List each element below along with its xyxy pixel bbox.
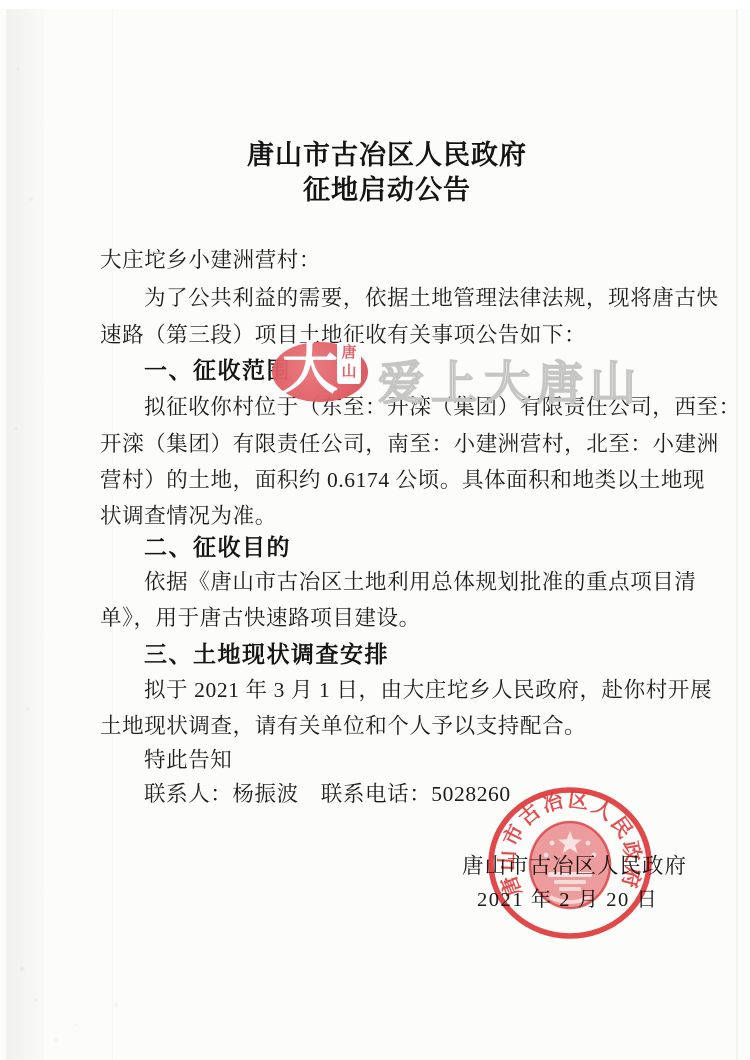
scan-top-strip bbox=[0, 0, 750, 9]
document-title-line1: 唐山市古冶区人民政府 bbox=[12, 133, 750, 172]
section-heading-2: 二、征收目的 bbox=[144, 532, 291, 562]
scan-noise-corner bbox=[6, 980, 186, 1055]
logo-da-char: 大 bbox=[282, 336, 338, 402]
body-line: 为了公共利益的需要，依据土地管理法律法规，现将唐古快 bbox=[144, 283, 719, 313]
logo-tangshan-tag: 唐山 bbox=[337, 342, 361, 384]
closing-line: 特此告知 bbox=[144, 745, 232, 775]
body-line: 土地现状调查，请有关单位和个人予以支持配合。 bbox=[100, 711, 586, 741]
body-line: 开滦（集团）有限责任公司，南至：小建洲营村，北至：小建洲 bbox=[100, 429, 719, 459]
section-heading-1: 一、征收范围 bbox=[144, 355, 291, 385]
document-title-line2: 征地启动公告 bbox=[12, 168, 750, 207]
national-emblem-icon bbox=[530, 822, 610, 908]
watermark-slogan: 爱上大唐山 bbox=[378, 347, 643, 413]
body-line: 营村）的土地，面积约 0.6174 公顷。具体面积和地类以土地现 bbox=[100, 465, 705, 495]
contact-line: 联系人：杨振波 联系电话：5028260 bbox=[144, 779, 511, 809]
salutation-line: 大庄坨乡小建洲营村： bbox=[100, 245, 321, 275]
official-seal-stamp: 唐山市古冶区人民政府 bbox=[486, 785, 654, 941]
body-line: 单》，用于唐古快速路项目建设。 bbox=[100, 603, 421, 633]
body-line: 拟于 2021 年 3 月 1 日，由大庄坨乡人民政府，赴你村开展 bbox=[144, 675, 712, 705]
section-heading-3: 三、土地现状调查安排 bbox=[144, 639, 389, 669]
body-line: 状调查情况为准。 bbox=[100, 501, 277, 531]
scanned-paper: 唐山市古冶区人民政府 征地启动公告 大庄坨乡小建洲营村： 为了公共利益的需要，依… bbox=[0, 0, 750, 1060]
tangshan-brand-logo-icon: 大 唐山 bbox=[272, 342, 368, 402]
body-line: 依据《唐山市古冶区土地利用总体规划批准的重点项目清 bbox=[144, 567, 697, 597]
